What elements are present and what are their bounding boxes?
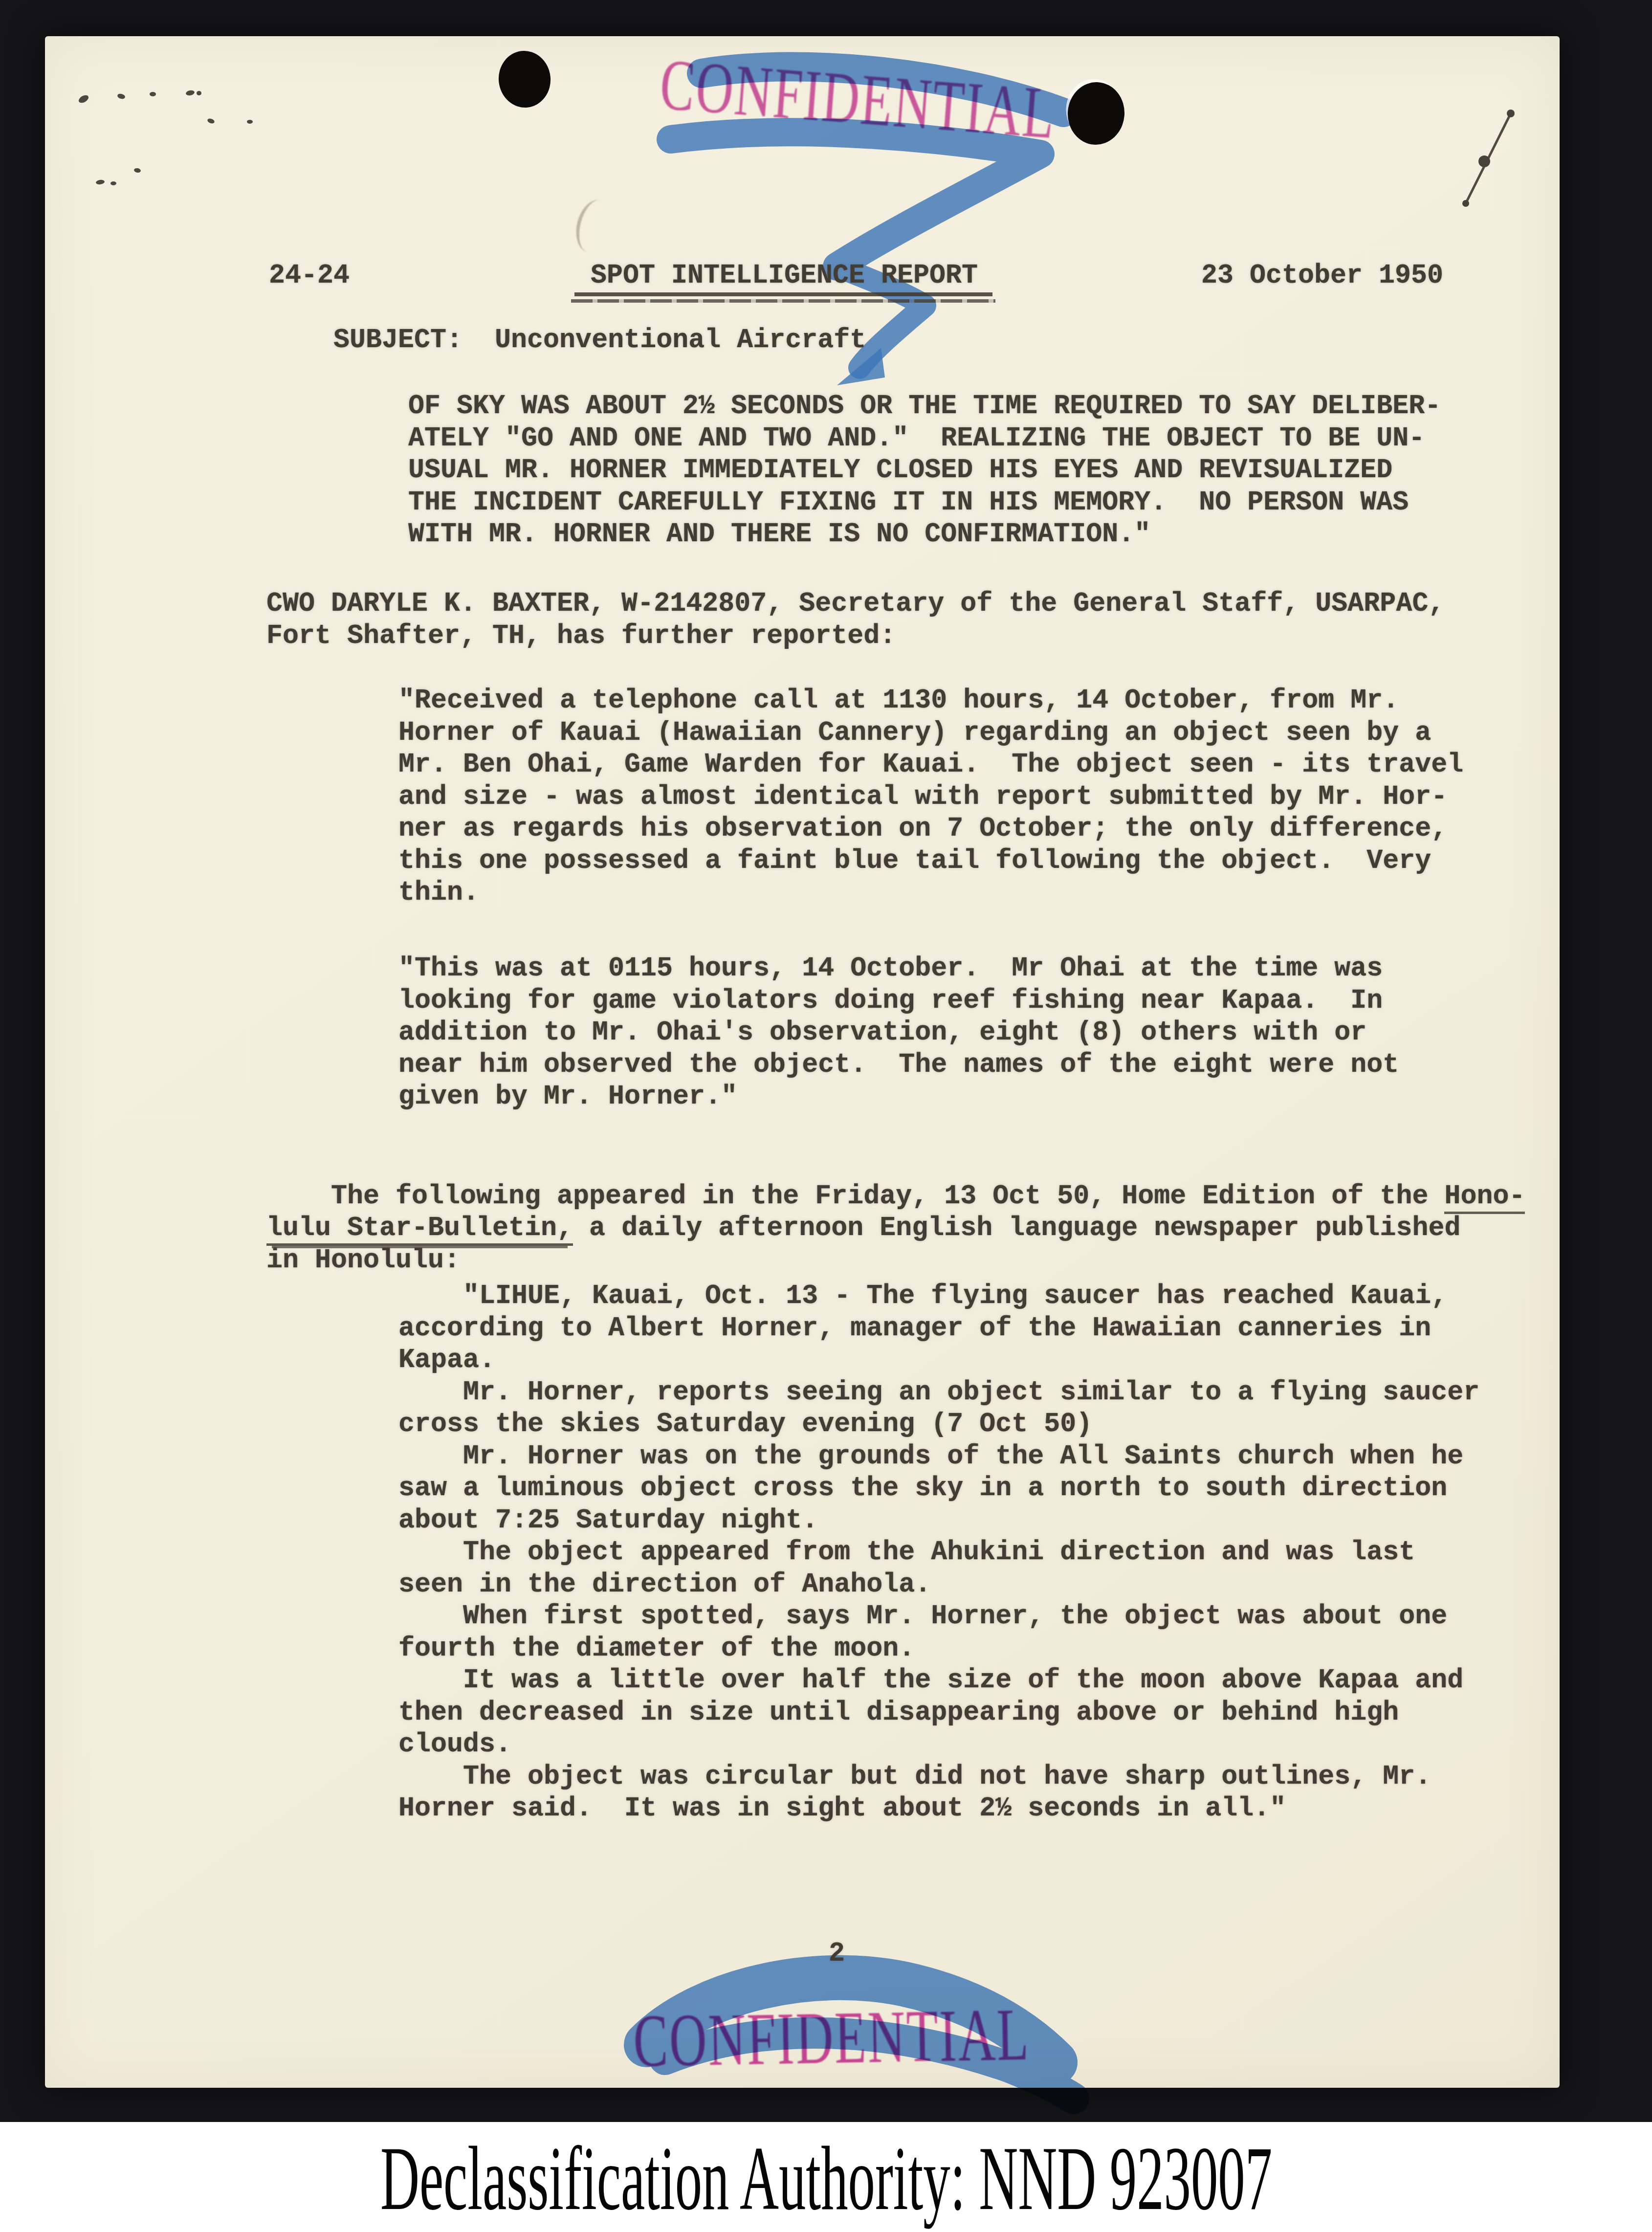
marker-scribble-top-stroke1 [702,66,1063,112]
declassification-note: Declassification Authority: NND 923007 [380,2125,1272,2231]
page-number: 2 [829,1938,845,1970]
quoted-statement-2: "Received a telephone call at 1130 hours… [398,685,1463,909]
report-date: 23 October 1950 [1201,260,1443,292]
header-ref-number: 24-24 [269,260,350,292]
report-title: SPOT INTELLIGENCE REPORT [591,260,978,292]
subject-label: SUBJECT: [333,325,495,355]
baxter-statement: CWO DARYLE K. BAXTER, W-2142807, Secreta… [266,588,1444,652]
footer-strip: Declassification Authority: NND 923007 [0,2122,1652,2232]
newspaper-intro-text: The following appeared in the Friday, 13… [331,1181,1444,1212]
scratch-mark [1462,110,1515,207]
newspaper-name-part2: lulu Star-Bulletin, [266,1213,573,1246]
quoted-statement-1: OF SKY WAS ABOUT 2½ SECONDS OR THE TIME … [408,390,1441,551]
quoted-statement-3: "This was at 0115 hours, 14 October. Mr … [398,952,1399,1113]
marker-scribble-top-stroke2 [671,132,1040,266]
subject-value: Unconventional Aircraft [495,325,866,355]
newspaper-article: "LIHUE, Kauai, Oct. 13 - The flying sauc… [398,1280,1479,1825]
scanned-document-page: CONFIDENTIAL CONFIDENTIAL 24-24 SPOT INT… [0,0,1652,2232]
newspaper-name-part1: Hono- [1444,1181,1525,1214]
subject-line: SUBJECT: Unconventional Aircraft [269,292,866,388]
